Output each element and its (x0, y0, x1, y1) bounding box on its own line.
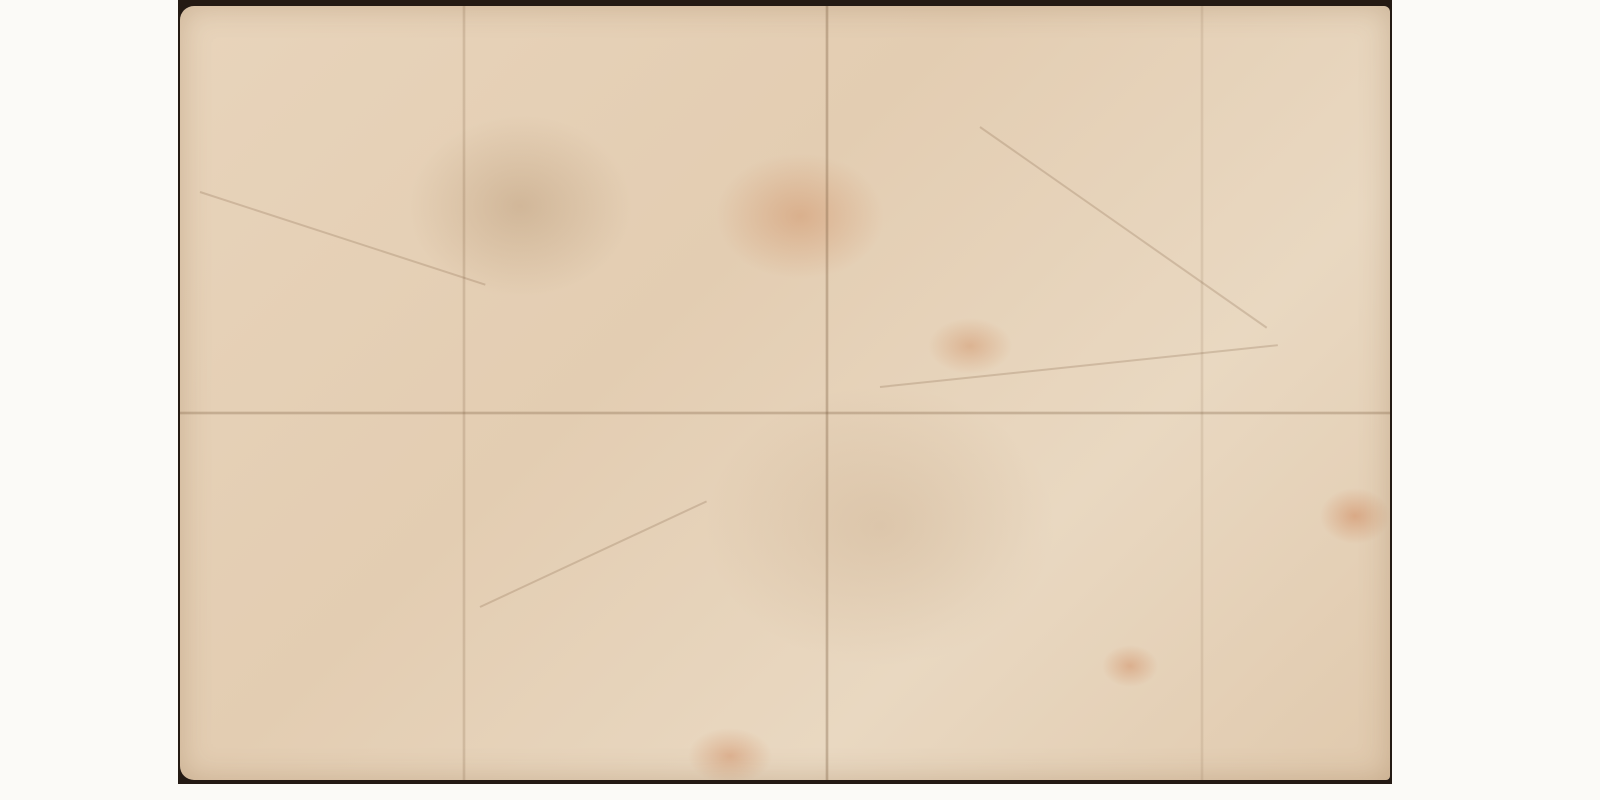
vertical-crease-left (462, 6, 466, 780)
crease-line (979, 126, 1267, 328)
crease-line (200, 191, 486, 286)
crease-line (480, 500, 707, 607)
vertical-crease-right (1200, 6, 1204, 780)
crease-line (880, 344, 1278, 388)
vertical-fold (825, 6, 829, 780)
horizontal-fold (180, 411, 1390, 415)
banknote-paper (180, 6, 1390, 780)
